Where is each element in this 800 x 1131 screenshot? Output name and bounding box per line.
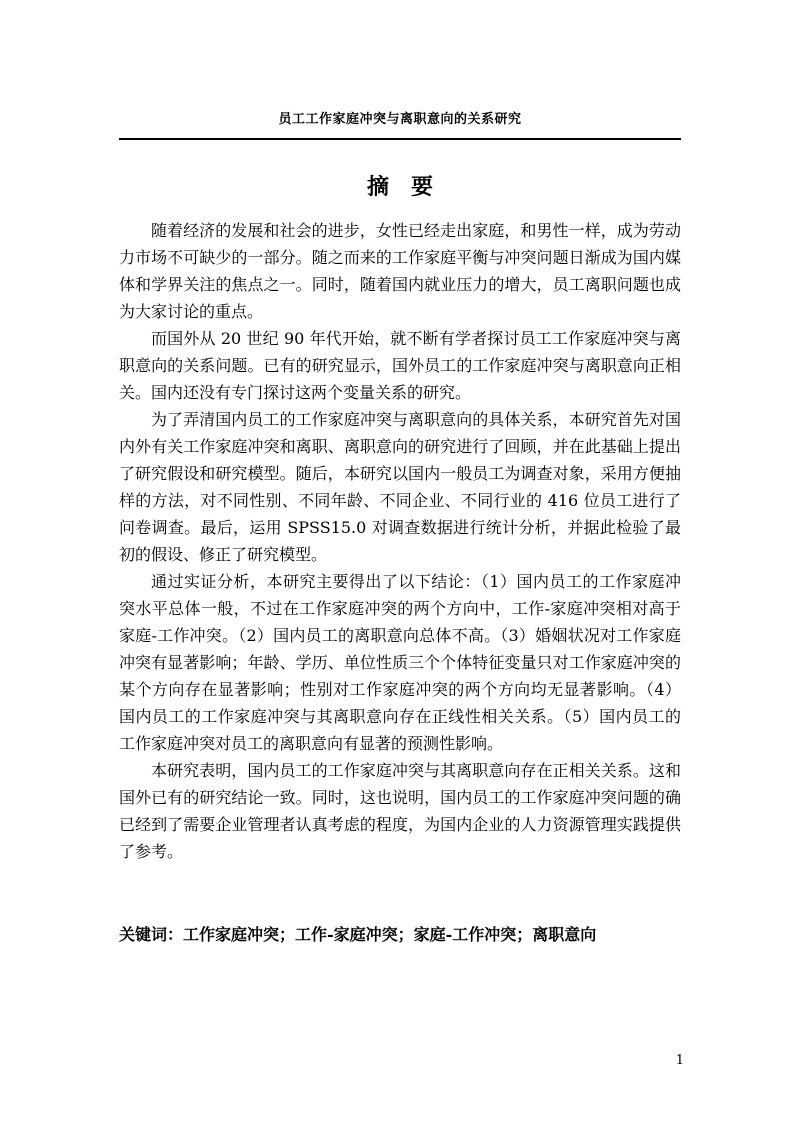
paragraph-4: 通过实证分析，本研究主要得出了以下结论：（1）国内员工的工作家庭冲突水平总体一般… (119, 568, 681, 757)
paragraph-2: 而国外从 20 世纪 90 年代开始，就不断有学者探讨员工工作家庭冲突与离职意向… (119, 325, 681, 406)
abstract-title: 摘 要 (0, 174, 800, 200)
page-header: 员工工作家庭冲突与离职意向的关系研究 (119, 0, 681, 140)
paragraph-3: 为了弄清国内员工的工作家庭冲突与离职意向的具体关系，本研究首先对国内外有关工作家… (119, 406, 681, 568)
keywords-label: 关键词： (119, 925, 183, 944)
paragraph-1: 随着经济的发展和社会的进步，女性已经走出家庭，和男性一样，成为劳动力市场不可缺少… (119, 217, 681, 325)
document-page: 员工工作家庭冲突与离职意向的关系研究 摘 要 随着经济的发展和社会的进步，女性已… (0, 0, 800, 1131)
keywords-text: 工作家庭冲突；工作-家庭冲突；家庭-工作冲突；离职意向 (183, 925, 596, 944)
keywords-line: 关键词：工作家庭冲突；工作-家庭冲突；家庭-工作冲突；离职意向 (119, 921, 681, 948)
running-head-title: 员工工作家庭冲突与离职意向的关系研究 (119, 112, 681, 140)
paragraph-5: 本研究表明，国内员工的工作家庭冲突与其离职意向存在正相关关系。这和国外已有的研究… (119, 757, 681, 865)
abstract-body: 随着经济的发展和社会的进步，女性已经走出家庭，和男性一样，成为劳动力市场不可缺少… (119, 217, 681, 865)
page-number: 1 (676, 1054, 684, 1067)
